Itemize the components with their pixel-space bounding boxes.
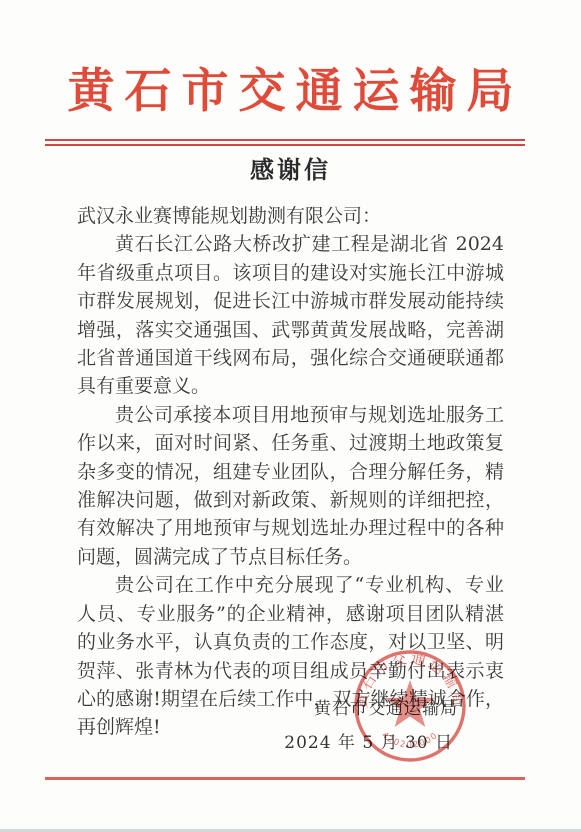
body-paragraph-2: 贵公司承接本项目用地预审与规划选址服务工作以来，面对时间紧、任务重、过渡期土地政… xyxy=(77,401,504,571)
letter-body: 武汉永业赛博能规划勘测有限公司： 黄石长江公路大桥改扩建工程是湖北省 2024 … xyxy=(77,202,504,742)
salutation: 武汉永业赛博能规划勘测有限公司： xyxy=(77,202,504,230)
signature-date: 2024 年 5 月 30 日 xyxy=(284,728,453,753)
footer-divider xyxy=(45,777,525,780)
letter-title: 感谢信 xyxy=(0,150,581,185)
letterhead-title: 黄石市交通运输局 xyxy=(0,64,581,120)
body-paragraph-1: 黄石长江公路大桥改扩建工程是湖北省 2024 年省级重点项目。该项目的建设对实施… xyxy=(77,230,504,400)
signature-org: 黄石市交通运输局 xyxy=(314,694,458,719)
letterhead-divider xyxy=(45,139,525,146)
letter-page: 黄石市交通运输局 感谢信 武汉永业赛博能规划勘测有限公司： 黄石长江公路大桥改扩… xyxy=(0,0,581,832)
